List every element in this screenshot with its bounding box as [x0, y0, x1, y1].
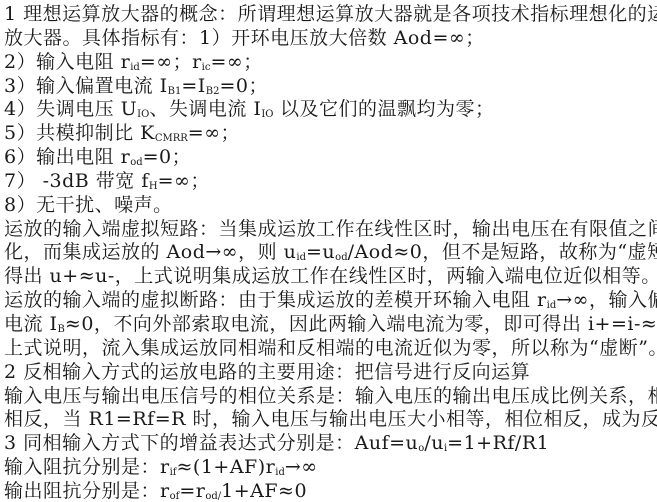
subscript: B1	[168, 86, 182, 97]
document-body: 1 理想运算放大器的概念：所谓理想运算放大器就是各项技术指标理想化的运算放大器。…	[0, 0, 657, 502]
subscript: od	[335, 252, 347, 263]
text-line: 3 同相输入方式下的增益表达式分别是：Auf=uo/ui=1+Rf/R1	[4, 432, 657, 456]
text-run: 2 反相输入方式的运放电路的主要用途：把信号进行反向运算	[4, 361, 530, 383]
text-run: 化，而集成运放的 Aod→∞，则 u	[4, 241, 296, 263]
text-line: 2 反相输入方式的运放电路的主要用途：把信号进行反向运算	[4, 361, 657, 385]
text-line: 6）输出电阻 rod=0；	[4, 146, 657, 170]
text-run: =0；	[143, 146, 192, 168]
subscript: id	[275, 467, 285, 478]
subscript: id	[296, 252, 306, 263]
subscript: if	[170, 467, 177, 478]
text-line: 输入阻抗分别是：rif≈(1+AF)rid→∞	[4, 456, 657, 480]
text-line: 运放的输入端的虚拟断路：由于集成运放的差模开环输入电阻 rid→∞，输入偏置	[4, 289, 657, 313]
text-run: 3 同相输入方式下的增益表达式分别是：Auf=u	[4, 432, 418, 454]
text-line: 2）输入电阻 rid=∞；ric=∞；	[4, 51, 657, 75]
text-run: 上式说明，流入集成运放同相端和反相端的电流近似为零，所以称为“虚断”。	[4, 337, 657, 359]
text-line: 上式说明，流入集成运放同相端和反相端的电流近似为零，所以称为“虚断”。	[4, 337, 657, 361]
text-run: =u	[306, 241, 335, 263]
text-line: 3）输入偏置电流 IB1=IB2=0；	[4, 75, 657, 99]
text-line: 放大器。具体指标有：1）开环电压放大倍数 Aod=∞；	[4, 27, 657, 51]
subscript: IO	[261, 109, 273, 120]
text-run: ≈(1+AF)r	[177, 456, 276, 478]
text-run: =r	[179, 480, 205, 502]
text-run: 1+AF≈0	[221, 480, 307, 502]
text-run: 输入电压与输出电压信号的相位关系是：输入电压的输出电压成比例关系，相位	[4, 385, 657, 407]
text-run: 输入阻抗分别是：r	[4, 456, 170, 478]
text-run: 1 理想运算放大器的概念：所谓理想运算放大器就是各项技术指标理想化的运算	[4, 3, 657, 25]
text-line: 8）无干扰、噪声。	[4, 194, 657, 218]
text-run: ≈0，不向外部索取电流，因此两输入端电流为零，即可得出 i+=i-≈0，	[65, 313, 657, 335]
text-line: 4）失调电压 UIO、失调电流 IIO 以及它们的温飘均为零；	[4, 98, 657, 122]
text-run: =∞；r	[140, 51, 202, 73]
subscript: of	[170, 491, 180, 502]
text-line: 1 理想运算放大器的概念：所谓理想运算放大器就是各项技术指标理想化的运算	[4, 3, 657, 27]
text-line: 相反，当 R1=Rf=R 时，输入电压与输出电压大小相等，相位相反，成为反相器。	[4, 408, 657, 432]
text-run: 运放的输入端的虚拟断路：由于集成运放的差模开环输入电阻 r	[4, 289, 547, 311]
text-run: 8）无干扰、噪声。	[4, 194, 173, 216]
text-line: 得出 u+≈u-，上式说明集成运放工作在线性区时，两输入端电位近似相等。	[4, 265, 657, 289]
text-run: =0；	[220, 75, 269, 97]
text-run: 2）输入电阻 r	[4, 51, 130, 73]
text-line: 输入电压与输出电压信号的相位关系是：输入电压的输出电压成比例关系，相位	[4, 385, 657, 409]
subscript: id	[547, 300, 557, 311]
text-run: 得出 u+≈u-，上式说明集成运放工作在线性区时，两输入端电位近似相等。	[4, 265, 657, 287]
subscript: IO	[137, 109, 149, 120]
text-line: 运放的输入端虚拟短路：当集成运放工作在线性区时，输出电压在有限值之间变	[4, 218, 657, 242]
text-run: 电流 I	[4, 313, 58, 335]
text-run: 以及它们的温飘均为零；	[274, 98, 495, 120]
text-run: 7） -3dB 带宽 f	[4, 170, 149, 192]
text-run: 运放的输入端虚拟短路：当集成运放工作在线性区时，输出电压在有限值之间变	[4, 218, 657, 240]
text-run: 放大器。具体指标有：1）开环电压放大倍数 Aod=∞；	[4, 27, 485, 49]
subscript: od	[130, 157, 142, 168]
text-run: 4）失调电压 U	[4, 98, 137, 120]
text-run: 、失调电流 I	[149, 98, 261, 120]
text-run: →∞，输入偏置	[556, 289, 657, 311]
text-run: =∞；	[158, 170, 210, 192]
text-run: =∞；	[188, 122, 240, 144]
subscript: B2	[206, 86, 220, 97]
text-line: 化，而集成运放的 Aod→∞，则 uid=uod/Aod≈0，但不是短路，故称为…	[4, 241, 657, 265]
text-run: =1+Rf/R1	[447, 432, 549, 454]
text-run: 3）输入偏置电流 I	[4, 75, 168, 97]
text-run: /Aod≈0，但不是短路，故称为“虚短”由此	[348, 241, 657, 263]
subscript: od/	[205, 491, 221, 502]
text-run: =I	[181, 75, 205, 97]
subscript: CMRR	[155, 133, 188, 144]
text-run: 5）共模抑制比 K	[4, 122, 155, 144]
subscript: H	[149, 181, 158, 192]
text-line: 7） -3dB 带宽 fH=∞；	[4, 170, 657, 194]
text-run: 相反，当 R1=Rf=R 时，输入电压与输出电压大小相等，相位相反，成为反相器。	[4, 408, 657, 430]
text-run: 6）输出电阻 r	[4, 146, 130, 168]
subscript: id	[130, 62, 140, 73]
subscript: B	[58, 324, 65, 335]
text-line: 电流 IB≈0，不向外部索取电流，因此两输入端电流为零，即可得出 i+=i-≈0…	[4, 313, 657, 337]
text-run: /u	[424, 432, 444, 454]
text-line: 5）共模抑制比 KCMRR=∞；	[4, 122, 657, 146]
text-line: 输出阻抗分别是：rof=rod/1+AF≈0	[4, 480, 657, 502]
text-run: 输出阻抗分别是：r	[4, 480, 170, 502]
text-run: =∞；	[210, 51, 262, 73]
text-run: →∞	[285, 456, 318, 478]
